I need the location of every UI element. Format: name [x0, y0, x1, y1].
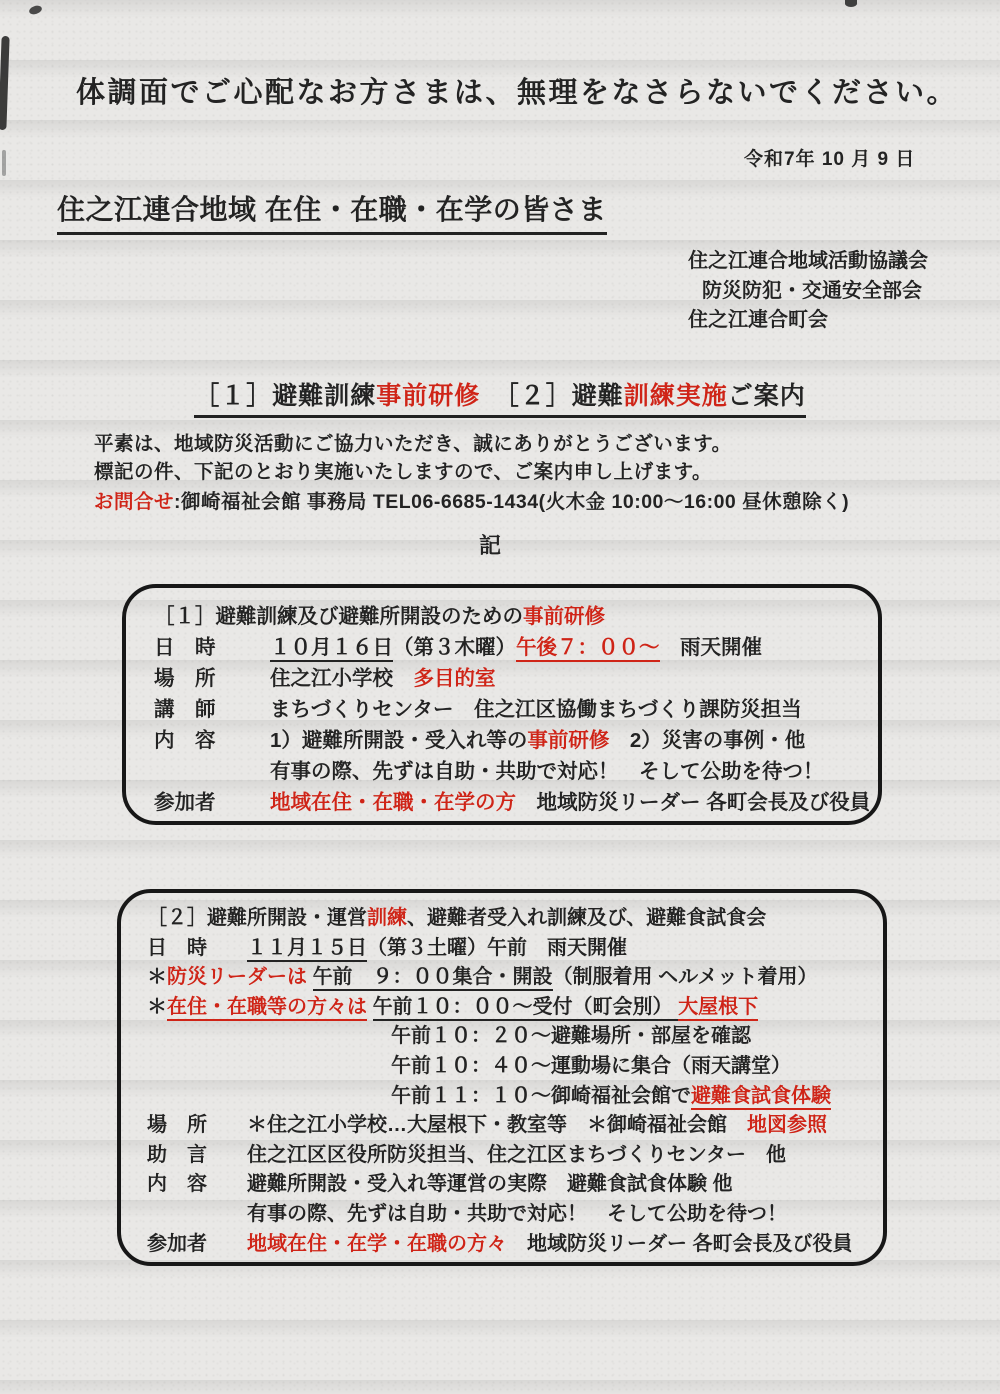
- detail-row: 午前１０：４０～運動場に集合（雨天講堂）: [147, 1052, 883, 1082]
- text-segment: 午前１０：２０～避難場所・部屋を確認: [391, 1025, 751, 1047]
- text-segment: 事前研修: [523, 605, 605, 628]
- row-label: 場 所: [147, 1111, 221, 1141]
- text-segment: 多目的室: [414, 667, 496, 690]
- text-segment: 避難食試食体験: [691, 1085, 831, 1110]
- text-segment: 地域防災リーダー 各町会長及び役員: [507, 1233, 853, 1255]
- text-segment: 午前１０：００～受付（町会別）: [373, 996, 679, 1021]
- row-content: まちづくりセンター 住之江区協働まちづくり課防災担当: [270, 694, 802, 725]
- scan-artifact-speck: [28, 4, 43, 16]
- text-segment: 、避難者受入れ訓練及び、避難食試食会: [407, 907, 766, 929]
- detail-row: ＊在住・在職等の方々は 午前１０：００～受付（町会別） 大屋根下: [147, 993, 883, 1023]
- organization-name: 住之江連合地域活動協議会: [688, 247, 928, 277]
- row-content: 有事の際、先ずは自助・共助で対応！ そして公助を待つ！: [270, 756, 824, 787]
- text-segment: 午前１０：４０～運動場に集合（雨天講堂）: [391, 1055, 791, 1077]
- row-content: ［１］避難訓練及び避難所開設のための事前研修: [154, 601, 605, 632]
- detail-row: 日 時１０月１６日（第３木曜）午後７：００～ 雨天開催: [154, 632, 878, 663]
- text-segment: 午前１１：１０～御崎福祉会館で: [391, 1085, 691, 1107]
- text-segment: お問合せ: [94, 491, 174, 513]
- detail-row: 有事の際、先ずは自助・共助で対応！ そして公助を待つ！: [154, 756, 878, 787]
- row-label: 場 所: [154, 663, 240, 694]
- document-title-wrap: ［１］避難訓練事前研修 ［２］避難訓練実施ご案内: [0, 376, 1000, 418]
- row-content: 住之江区区役所防災担当、住之江区まちづくりセンター 他: [247, 1141, 786, 1171]
- text-segment: :御崎福祉会館 事務局 TEL06-6685-1434(火木金 10:00～16…: [174, 491, 849, 513]
- row-content: 1）避難所開設・受入れ等の事前研修 2）災害の事例・他: [270, 725, 805, 756]
- text-segment: 2）災害の事例・他: [609, 729, 805, 752]
- row-label: 講 師: [154, 694, 240, 725]
- detail-row: 内 容1）避難所開設・受入れ等の事前研修 2）災害の事例・他: [154, 725, 878, 756]
- text-segment: 地図参照: [747, 1114, 827, 1136]
- text-segment: ［２］避難: [480, 382, 624, 410]
- text-segment: 大屋根下: [678, 996, 758, 1021]
- record-mark: 記: [0, 529, 980, 560]
- row-label: 参加者: [154, 787, 240, 818]
- row-content: ＊住之江小学校…大屋根下・教室等 ＊御崎福祉会館 地図参照: [247, 1111, 827, 1141]
- detail-row: 場 所住之江小学校 多目的室: [154, 663, 878, 694]
- row-content: １０月１６日（第３木曜）午後７：００～ 雨天開催: [270, 632, 762, 663]
- text-segment: 住之江区区役所防災担当、住之江区まちづくりセンター 他: [247, 1144, 786, 1166]
- text-segment: 午後７：００～: [516, 636, 660, 662]
- row-content: 午前１１：１０～御崎福祉会館で避難食試食体験: [391, 1082, 831, 1112]
- row-content: ［２］避難所開設・運営訓練、避難者受入れ訓練及び、避難食試食会: [147, 904, 766, 934]
- row-content: 地域在住・在学・在職の方々 地域防災リーダー 各町会長及び役員: [247, 1230, 853, 1260]
- text-segment: 地域在住・在職・在学の方: [270, 791, 516, 814]
- detail-row: 日 時１１月１５日（第３土曜）午前 雨天開催: [147, 934, 883, 964]
- detail-row: 講 師まちづくりセンター 住之江区協働まちづくり課防災担当: [154, 694, 878, 725]
- row-content: 住之江小学校 多目的室: [270, 663, 496, 694]
- row-content: ＊防災リーダーは 午前 ９：００集合・開設（制服着用 ヘルメット着用）: [147, 963, 818, 993]
- text-segment: 事前研修: [527, 729, 609, 752]
- organization-name: 住之江連合町会: [688, 306, 928, 336]
- addressee-line: 住之江連合地域 在住・在職・在学の皆さま: [57, 188, 607, 235]
- detail-row: ［２］避難所開設・運営訓練、避難者受入れ訓練及び、避難食試食会: [147, 904, 883, 934]
- text-segment: １０月１６日: [270, 636, 393, 662]
- detail-row: 助 言住之江区区役所防災担当、住之江区まちづくりセンター 他: [147, 1141, 883, 1171]
- row-label: 参加者: [147, 1230, 221, 1260]
- section-box-drill-execution: ［２］避難所開設・運営訓練、避難者受入れ訓練及び、避難食試食会日 時１１月１５日…: [117, 889, 887, 1266]
- text-segment: ＊: [147, 996, 167, 1018]
- health-caution-notice: 体調面でご心配なお方さまは、無理をなさらないでください。: [76, 70, 958, 111]
- text-segment: [307, 966, 313, 988]
- text-segment: （第３土曜）午前 雨天開催: [367, 937, 627, 959]
- row-label: 日 時: [154, 632, 240, 663]
- row-content: 午前１０：２０～避難場所・部屋を確認: [391, 1022, 751, 1052]
- text-segment: ご案内: [728, 382, 806, 410]
- organization-name: 防災防犯・交通安全部会: [688, 277, 928, 307]
- text-segment: 在住・在職等の方々は: [167, 996, 367, 1021]
- detail-row: 参加者地域在住・在学・在職の方々 地域防災リーダー 各町会長及び役員: [147, 1230, 883, 1260]
- text-segment: ［２］避難所開設・運営: [147, 907, 367, 929]
- text-segment: （第３木曜）: [393, 636, 516, 659]
- text-segment: 訓練: [367, 907, 407, 929]
- text-segment: ［１］避難訓練及び避難所開設のための: [154, 605, 523, 628]
- detail-row: 内 容避難所開設・受入れ等運営の実際 避難食試食体験 他: [147, 1170, 883, 1200]
- text-segment: [367, 996, 373, 1018]
- document-date: 令和7年 10 月 9 日: [744, 144, 915, 171]
- detail-row: 参加者地域在住・在職・在学の方 地域防災リーダー 各町会長及び役員: [154, 787, 878, 818]
- contact-line: お問合せ:御崎福祉会館 事務局 TEL06-6685-1434(火木金 10:0…: [94, 486, 849, 514]
- text-segment: 有事の際、先ずは自助・共助で対応！ そして公助を待つ！: [247, 1203, 787, 1225]
- text-segment: ＊住之江小学校…大屋根下・教室等 ＊御崎福祉会館: [247, 1114, 747, 1136]
- text-segment: 1）避難所開設・受入れ等の: [270, 729, 527, 752]
- text-segment: 避難所開設・受入れ等運営の実際 避難食試食体験 他: [247, 1173, 733, 1195]
- text-segment: １１月１５日: [247, 937, 367, 962]
- text-segment: 地域在住・在学・在職の方々: [247, 1233, 507, 1255]
- scanned-notice-page: 体調面でご心配なお方さまは、無理をなさらないでください。 令和7年 10 月 9…: [0, 0, 1000, 1394]
- document-title: ［１］避難訓練事前研修 ［２］避難訓練実施ご案内: [194, 376, 806, 418]
- issuing-organizations: 住之江連合地域活動協議会 防災防犯・交通安全部会 住之江連合町会: [688, 247, 928, 336]
- detail-row: ＊防災リーダーは 午前 ９：００集合・開設（制服着用 ヘルメット着用）: [147, 963, 883, 993]
- text-segment: 雨天開催: [660, 636, 763, 659]
- text-segment: 訓練実施: [624, 382, 728, 410]
- text-segment: 午前 ９：００集合・開設: [313, 966, 553, 991]
- greeting-line: 平素は、地域防災活動にご協力いただき、誠にありがとうございます。: [94, 428, 732, 456]
- text-segment: 住之江小学校: [270, 667, 414, 690]
- body-line: 標記の件、下記のとおり実施いたしますので、ご案内申し上げます。: [94, 456, 712, 484]
- scan-artifact-speck: [2, 150, 6, 176]
- scan-artifact-speck: [845, 0, 857, 7]
- text-segment: まちづくりセンター 住之江区協働まちづくり課防災担当: [270, 698, 802, 721]
- row-label: 助 言: [147, 1141, 221, 1171]
- text-segment: ［１］避難訓練: [194, 382, 376, 410]
- text-segment: 有事の際、先ずは自助・共助で対応！ そして公助を待つ！: [270, 760, 824, 783]
- detail-row: 有事の際、先ずは自助・共助で対応！ そして公助を待つ！: [147, 1200, 883, 1230]
- row-label: 日 時: [147, 934, 221, 964]
- row-label: [154, 756, 240, 787]
- row-content: 地域在住・在職・在学の方 地域防災リーダー 各町会長及び役員: [270, 787, 870, 818]
- row-label: 内 容: [147, 1170, 221, 1200]
- text-segment: ＊: [147, 966, 167, 988]
- row-content: 避難所開設・受入れ等運営の実際 避難食試食体験 他: [247, 1170, 733, 1200]
- detail-row: 午前１０：２０～避難場所・部屋を確認: [147, 1022, 883, 1052]
- row-content: 午前１０：４０～運動場に集合（雨天講堂）: [391, 1052, 791, 1082]
- detail-row: 午前１１：１０～御崎福祉会館で避難食試食体験: [147, 1082, 883, 1112]
- row-content: 有事の際、先ずは自助・共助で対応！ そして公助を待つ！: [247, 1200, 787, 1230]
- detail-row: ［１］避難訓練及び避難所開設のための事前研修: [154, 601, 878, 632]
- row-content: １１月１５日（第３土曜）午前 雨天開催: [247, 934, 627, 964]
- text-segment: 地域防災リーダー 各町会長及び役員: [516, 791, 870, 814]
- section-box-pre-training: ［１］避難訓練及び避難所開設のための事前研修日 時１０月１６日（第３木曜）午後７…: [122, 584, 882, 825]
- text-segment: （制服着用 ヘルメット着用）: [553, 966, 818, 988]
- row-content: ＊在住・在職等の方々は 午前１０：００～受付（町会別） 大屋根下: [147, 993, 758, 1023]
- text-segment: 事前研修: [376, 382, 480, 410]
- scan-artifact-streak: [0, 36, 10, 130]
- text-segment: 防災リーダーは: [167, 966, 307, 988]
- row-label: [147, 1200, 221, 1230]
- detail-row: 場 所＊住之江小学校…大屋根下・教室等 ＊御崎福祉会館 地図参照: [147, 1111, 883, 1141]
- row-label: 内 容: [154, 725, 240, 756]
